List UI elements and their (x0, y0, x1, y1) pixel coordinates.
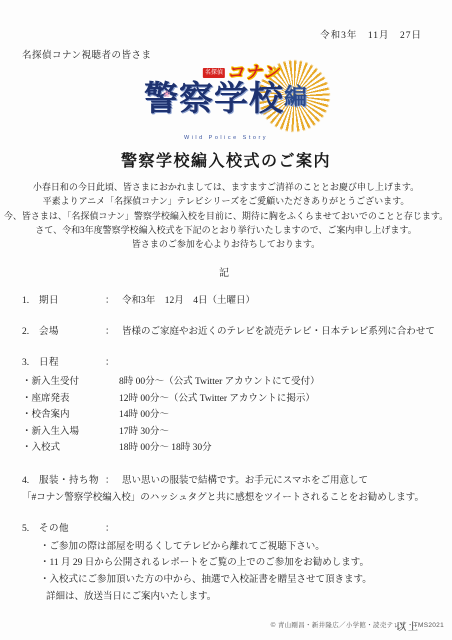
details-note: 詳細は、放送当日にご案内いたします。 (22, 589, 444, 606)
other-notes-list: ・ご参加の際は部屋を明るくしてテレビから離れてご視聴下さい。 ・11 月 29 … (22, 539, 444, 589)
schedule-row: ・座席発表 12時 00分～（公式 Twitter アカウントに掲示） (22, 391, 444, 408)
item-colon: ： (105, 357, 122, 370)
intro-line: 小春日和の今日此頃、皆さまにおかれましては、ますますご清祥のこととお慶び申し上げ… (0, 180, 452, 194)
list-item-dresscode: 4. 服装・持ち物 ： 思い思いの服装で結構です。お手元にスマホをご用意して (22, 475, 444, 488)
schedule-time: 18時 00分～ 18時 30分 (119, 440, 212, 457)
list-item-other-header: 5. その他 ： (22, 523, 444, 536)
document-date: 令和3年 11月 27日 (0, 0, 452, 41)
list-item-date: 1. 期日 ： 令和3年 12月 4日（土曜日） (22, 295, 444, 308)
schedule-row: ・新入生入場 17時 30分～ (22, 424, 444, 441)
item-label: 期日 (39, 295, 105, 308)
intro-line: 平素よりアニメ「名探偵コナン」テレビシリーズをご愛顧いただきありがとうございます… (0, 194, 452, 208)
copyright-line: © 青山剛昌・新井隆広／小学館・読売テレビ・TMS2021 (271, 620, 444, 629)
schedule-row: ・新入生受付 8時 00分～（公式 Twitter アカウントにて受付） (22, 374, 444, 391)
item-number: 2. (22, 326, 39, 339)
conan-police-academy-logo: 名探偵 コナン 警察学校編 ❀ Wild Police Story (91, 63, 361, 141)
item-value: 令和3年 12月 4日（土曜日） (122, 295, 444, 308)
meitantei-badge: 名探偵 (203, 68, 225, 78)
schedule-time: 12時 00分～（公式 Twitter アカウントに掲示） (119, 391, 315, 408)
item-label: 会場 (39, 326, 105, 339)
item-number: 5. (22, 523, 39, 536)
schedule-row: ・校舎案内 14時 00分～ (22, 407, 444, 424)
item-colon: ： (105, 295, 122, 308)
announcement-document: 令和3年 11月 27日 名探偵コナン視聴者の皆さま 名探偵 コナン 警察学校編… (0, 0, 452, 640)
schedule-table: ・新入生受付 8時 00分～（公式 Twitter アカウントにて受付） ・座席… (22, 374, 444, 457)
other-note: ・入校式にご参加頂いた方の中から、抽選で入校証書を贈呈させて頂きます。 (40, 572, 444, 589)
item-colon: ： (105, 523, 122, 536)
item-number: 4. (22, 475, 39, 488)
item-colon: ： (105, 475, 122, 488)
schedule-time: 17時 30分～ (119, 424, 169, 441)
page-title: 警察学校編入校式のご案内 (0, 148, 452, 171)
item-colon: ： (105, 326, 122, 339)
detective-conan-logotype: 名探偵 コナン (203, 64, 280, 81)
logo-subtitle: Wild Police Story (91, 135, 361, 141)
police-academy-title: 警察学校編 (91, 80, 361, 119)
item-value: 皆様のご家庭やお近くのテレビを読売テレビ・日本テレビ系列に合わせて (122, 326, 444, 339)
conan-wordmark: コナン (227, 64, 280, 81)
other-note: ・11 月 29 日から公開されるレポートをご覧の上でのご参加をお勧めします。 (40, 555, 444, 572)
schedule-event: ・座席発表 (22, 391, 119, 408)
schedule-time: 14時 00分～ (119, 407, 169, 424)
record-marker: 記 (0, 264, 452, 279)
schedule-event: ・入校式 (22, 440, 119, 457)
item-value: 思い思いの服装で結構です。お手元にスマホをご用意して (122, 475, 444, 488)
item-label: 日程 (39, 357, 105, 370)
logo-hen-suffix: 編 (284, 84, 308, 109)
list-item-schedule-header: 3. 日程 ： (22, 357, 444, 370)
item-label: 服装・持ち物 (39, 475, 105, 488)
item-number: 3. (22, 357, 39, 370)
schedule-time: 8時 00分～（公式 Twitter アカウントにて受付） (119, 374, 320, 391)
schedule-row: ・入校式 18時 00分～ 18時 30分 (22, 440, 444, 457)
other-note: ・ご参加の際は部屋を明るくしてテレビから離れてご視聴下さい。 (40, 539, 444, 556)
intro-line: さて、令和3年度警察学校編入校式を下記のとおり挙行いたしますので、ご案内申し上げ… (0, 223, 452, 237)
addressee-line: 名探偵コナン視聴者の皆さま (22, 47, 452, 61)
dresscode-continuation: 「#コナン警察学校編入校」のハッシュタグと共に感想をツイートされることをお勧めし… (22, 492, 444, 505)
intro-line: 皆さまのご参加を心よりお待ちしております。 (0, 237, 452, 251)
sakura-accent-icon: ❀ (163, 89, 171, 100)
details-list: 1. 期日 ： 令和3年 12月 4日（土曜日） 2. 会場 ： 皆様のご家庭や… (22, 295, 444, 606)
schedule-event: ・新入生入場 (22, 424, 119, 441)
intro-paragraph: 小春日和の今日此頃、皆さまにおかれましては、ますますご清祥のこととお慶び申し上げ… (0, 180, 452, 251)
schedule-event: ・校舎案内 (22, 407, 119, 424)
schedule-event: ・新入生受付 (22, 374, 119, 391)
intro-line: 今、皆さまは、「名探偵コナン」警察学校編入校を目前に、期待に胸をふくらませておい… (0, 209, 452, 223)
item-label: その他 (39, 523, 105, 536)
item-number: 1. (22, 295, 39, 308)
list-item-venue: 2. 会場 ： 皆様のご家庭やお近くのテレビを読売テレビ・日本テレビ系列に合わせ… (22, 326, 444, 339)
